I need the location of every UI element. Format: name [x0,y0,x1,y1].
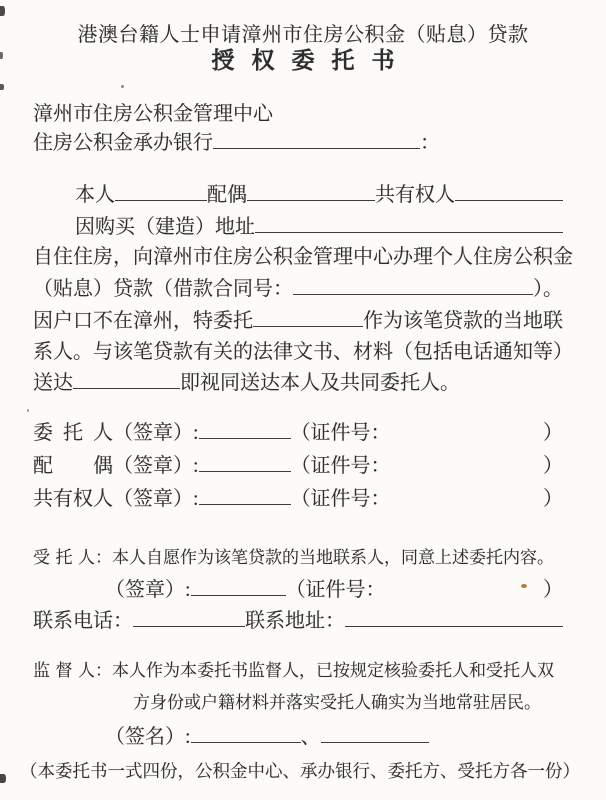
cert-close: ） [543,486,563,512]
supervisor-colon: ： [95,661,112,680]
coowner-signature-row: 共有权人 （签章）: （证件号： ） [33,486,563,512]
seal-label: （签章）: [113,453,199,479]
deliver-post-text: 即视同送达本人及共同委托人。 [180,372,460,394]
spouse-name-blank [247,200,375,201]
principal-signature-row: 委托人 （签章）: （证件号： ） [33,420,563,446]
footer-copies-note: （本委托书一式四份，公积金中心、承办银行、委托方、受托方各一份） [20,760,580,783]
supervisor-statement-line2: 方身份或户籍材料并落实受托人确实为当地常驻居民。 [133,692,541,714]
trustee-colon: ： [95,548,112,567]
scan-edge-artifact [0,774,6,783]
principal-label: 委托人 [33,420,113,446]
purchase-address-label: 因购买（建造）地址 [75,214,255,240]
cert-close: ） [543,420,563,446]
entrust-pre-text: 因户口不在漳州，特委托 [33,308,253,334]
entrust-post-text: 作为该笔贷款的当地联 [363,308,563,334]
seal-label: （签章）: [113,420,199,446]
trustee-signature-row: （签章）: （证件号： ） [105,577,563,603]
trustee-label: 受托人 [33,547,95,569]
seal-label: （签章）: [113,486,199,512]
self-label: 本人 [75,182,115,208]
scanned-document-page: 港澳台籍人士申请漳州市住房公积金（贴息）贷款 授权委托书 漳州市住房公积金管理中… [0,0,606,800]
contact-address-blank [345,626,563,627]
paragraph-line4: 系人。与该笔贷款有关的法律文书、材料（包括电话通知等） [33,339,573,365]
party-line: 本人 配偶 共有权人 [75,182,563,208]
trustee-statement-line: 受托人：本人自愿作为该笔贷款的当地联系人，同意上述委托内容。 [33,547,554,569]
phone-label: 联系电话： [33,608,133,634]
contract-no-label: （贴息）贷款（借款合同号： [33,276,293,302]
trustee-seal-blank [191,595,286,596]
paragraph-line5: 送达即视同送达本人及共同委托人。 [33,370,460,396]
addressee-line: 漳州市住房公积金管理中心 [33,101,273,127]
cert-label: （证件号： [291,486,391,512]
purchase-address-blank [255,232,563,233]
self-name-blank [115,200,207,201]
coowner-label: 共有权人 [375,182,455,208]
bank-line: 住房公积金承办银行： [33,130,440,156]
contract-no-close: ）。 [533,276,563,302]
stray-ink-mark [521,584,527,588]
paragraph-line2: （贴息）贷款（借款合同号： ）。 [33,276,563,302]
supervisor-label: 监督人 [33,660,95,682]
supervisor-statement-line1: 监督人：本人作为本委托书监督人，已按规定核验委托人和受托人双 [33,660,554,682]
scan-edge-artifact [0,52,3,59]
coowner-seal-blank [199,504,291,505]
scan-speck [27,409,29,412]
contact-address-label: 联系地址： [245,608,345,634]
contact-row: 联系电话： 联系地址： [33,608,563,634]
cert-label: （证件号： [286,577,386,603]
cert-close: ） [543,453,563,479]
contract-no-blank [293,294,533,295]
cert-label: （证件号： [291,420,391,446]
cert-label: （证件号： [291,453,391,479]
enum-comma: 、 [301,726,321,748]
supervisor-sign-blank-1 [191,742,301,743]
principal-seal-blank [199,438,291,439]
scan-edge-artifact [0,6,5,16]
spouse-row-label: 配偶 [33,453,113,479]
bank-colon: ： [420,132,440,154]
deliver-target-blank [73,388,180,389]
spouse-label: 配偶 [207,182,247,208]
coowner-row-label: 共有权人 [33,486,113,512]
bank-name-blank [213,148,420,149]
supervisor-statement-part1: 本人作为本委托书监督人，已按规定核验委托人和受托人双 [112,661,554,680]
paragraph-line3: 因户口不在漳州，特委托 作为该笔贷款的当地联 [33,308,563,334]
document-title-line2: 授权委托书 [0,46,606,76]
scan-edge-artifact [0,84,4,90]
supervisor-sign-blank-2 [321,742,429,743]
coowner-name-blank [455,200,563,201]
supervisor-signature-row: （签名）:、 [105,724,429,750]
document-title-line1: 港澳台籍人士申请漳州市住房公积金（贴息）贷款 [0,22,606,48]
purchase-address-line: 因购买（建造）地址 [75,214,563,240]
sign-label: （签名）: [105,726,191,748]
deliver-pre-text: 送达 [33,372,73,394]
phone-blank [133,626,245,627]
trustee-statement: 本人自愿作为该笔贷款的当地联系人，同意上述委托内容。 [112,548,554,567]
seal-label: （签章）: [105,577,191,603]
entrustee-name-blank [253,326,363,327]
bank-label: 住房公积金承办银行 [33,132,213,154]
paragraph-line1: 自住住房，向漳州市住房公积金管理中心办理个人住房公积金 [33,244,573,270]
spouse-seal-blank [199,471,291,472]
spouse-signature-row: 配偶 （签章）: （证件号： ） [33,453,563,479]
scan-speck [121,85,124,88]
cert-close: ） [543,577,563,603]
